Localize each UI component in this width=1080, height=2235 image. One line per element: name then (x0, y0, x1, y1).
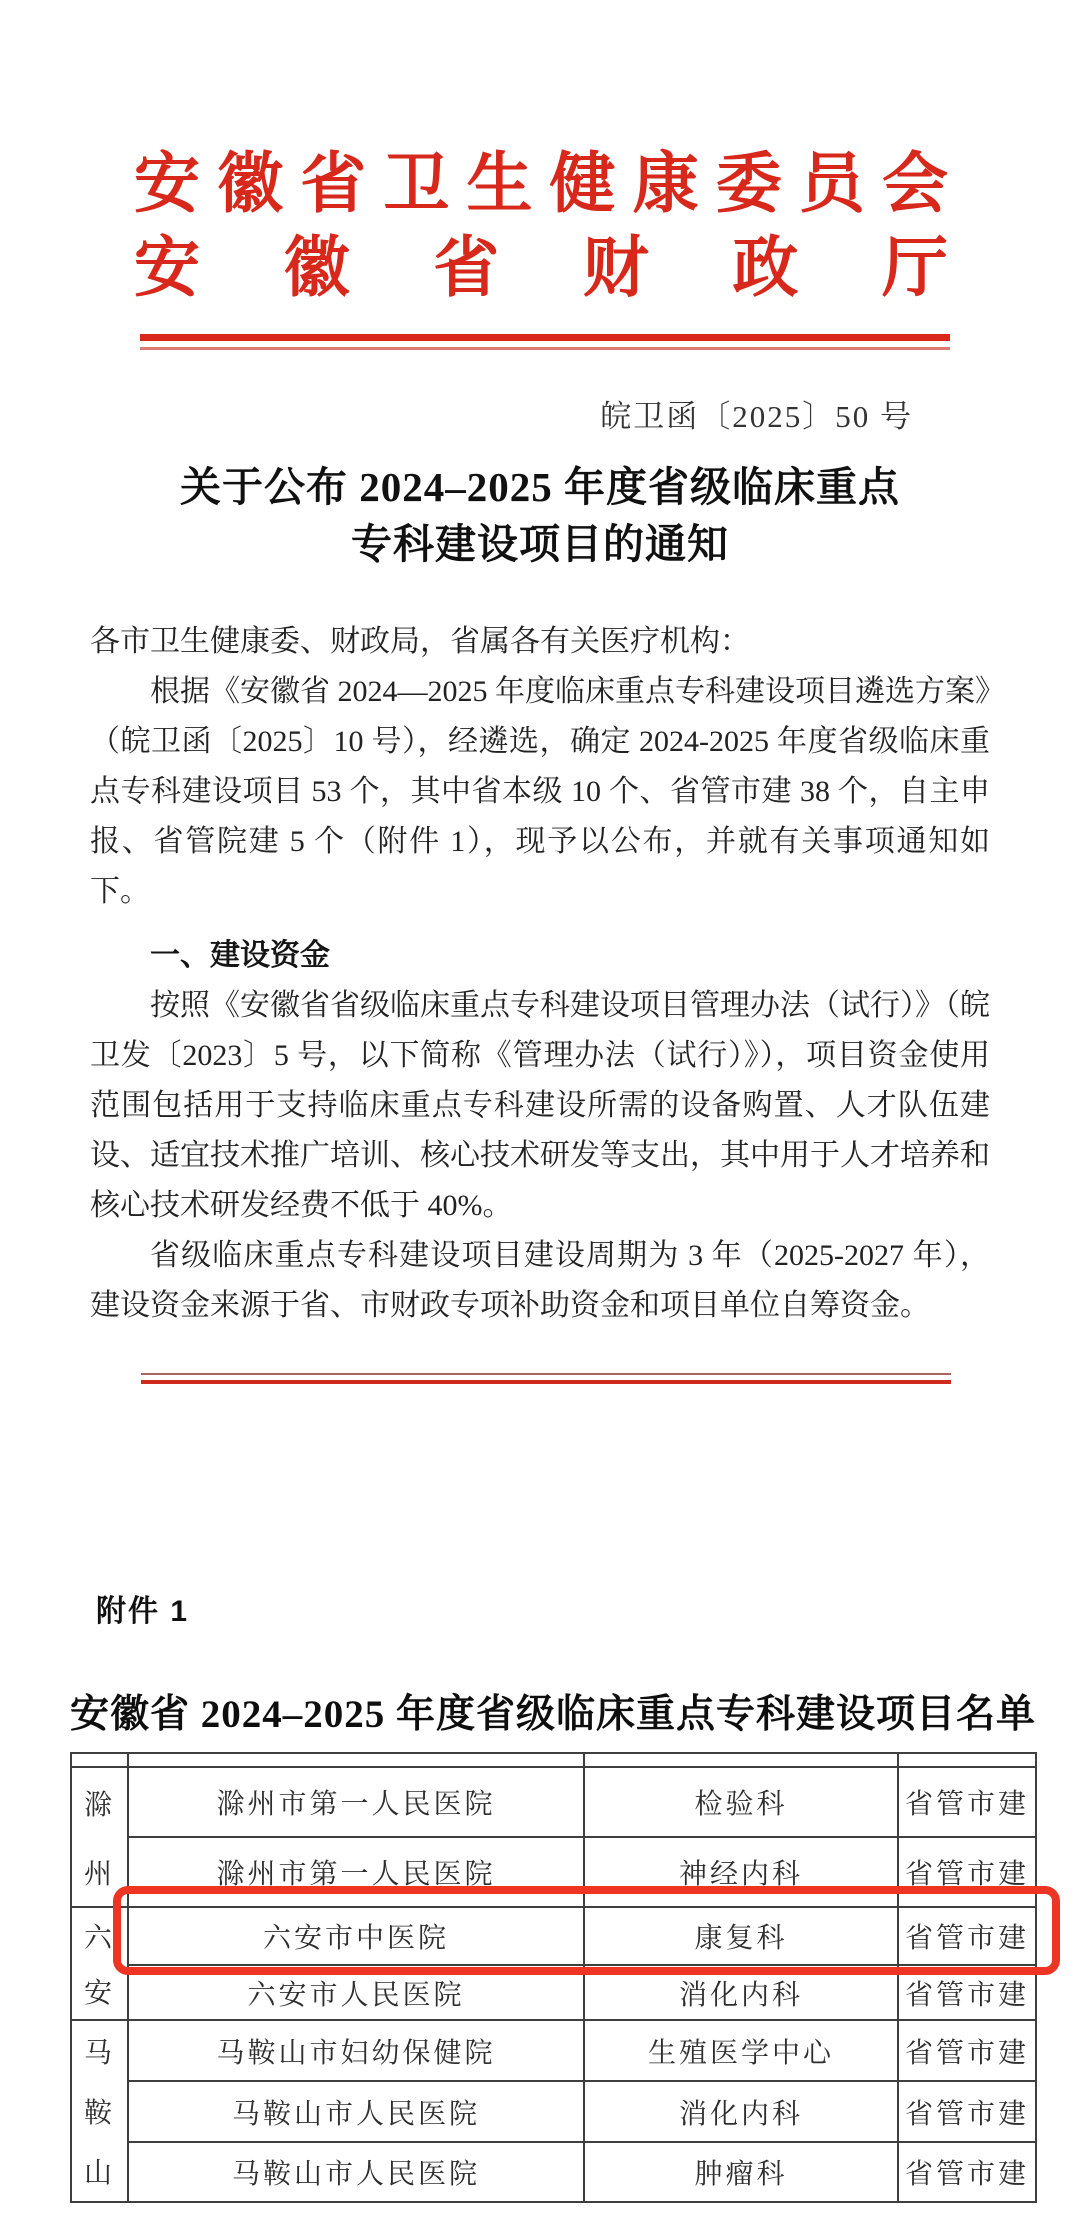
letterhead-rule-thin (140, 347, 950, 350)
city-vertical-text: 马 鞍 山 (72, 2021, 127, 2201)
agency-name-line1: 安徽省卫生健康委员会 (134, 146, 948, 224)
hospital-cell: 六安市中医院 (128, 1907, 584, 1965)
empty-cell (898, 1753, 1036, 1767)
document-body: 各市卫生健康委、财政局，省属各有关医疗机构： 根据《安徽省 2024—2025 … (90, 617, 990, 1331)
project-table: 滁 州 滁州市第一人民医院 检验科 省管市建 滁州市第一人民医院 神经内科 省管… (70, 1752, 1037, 2203)
department-cell: 康复科 (584, 1907, 898, 1965)
hospital-cell: 滁州市第一人民医院 (128, 1837, 584, 1907)
section-heading-1: 一、建设资金 (90, 931, 990, 981)
footer-rule-thin (141, 1373, 951, 1375)
agency-name-line2: 安徽省财政厅 (134, 230, 948, 308)
city-cell-luan: 六 安 (71, 1907, 128, 2020)
hospital-cell: 马鞍山市人民医院 (128, 2081, 584, 2142)
attachment-table-title: 安徽省 2024–2025 年度省级临床重点专科建设项目名单 (70, 1683, 1035, 1739)
department-cell: 消化内科 (584, 1965, 898, 2020)
table-row: 六安市人民医院 消化内科 省管市建 (71, 1965, 1036, 2020)
project-table-wrap: 滁 州 滁州市第一人民医院 检验科 省管市建 滁州市第一人民医院 神经内科 省管… (70, 1752, 1035, 2203)
letterhead-rule-thick (140, 334, 950, 341)
empty-cell (71, 1753, 128, 1767)
category-cell: 省管市建 (898, 1965, 1036, 2020)
table-row-cropped (71, 1753, 1036, 1767)
city-cell-maanshan: 马 鞍 山 (71, 2020, 128, 2202)
paragraph-1: 根据《安徽省 2024—2025 年度临床重点专科建设项目遴选方案》（皖卫函〔2… (90, 667, 990, 917)
department-cell: 神经内科 (584, 1837, 898, 1907)
attachment-label: 附件 1 (96, 1586, 189, 1630)
document-number: 皖卫函〔2025〕50 号 (600, 391, 913, 436)
table-row: 滁州市第一人民医院 神经内科 省管市建 (71, 1837, 1036, 1907)
table-row-highlighted: 六 安 六安市中医院 康复科 省管市建 (71, 1907, 1036, 1965)
official-document-page: 安徽省卫生健康委员会 安徽省财政厅 皖卫函〔2025〕50 号 关于公布 202… (0, 0, 1080, 2235)
department-cell: 生殖医学中心 (584, 2020, 898, 2081)
city-char: 州 (84, 1852, 115, 1892)
table-row: 滁 州 滁州市第一人民医院 检验科 省管市建 (71, 1767, 1036, 1837)
category-cell: 省管市建 (898, 2142, 1036, 2202)
city-vertical-text: 六 安 (72, 1908, 127, 2019)
paragraph-3: 省级临床重点专科建设项目建设周期为 3 年（2025-2027 年），建设资金来… (90, 1231, 990, 1331)
table-row: 马鞍山市人民医院 消化内科 省管市建 (71, 2081, 1036, 2142)
salutation: 各市卫生健康委、财政局，省属各有关医疗机构： (90, 617, 990, 667)
category-cell: 省管市建 (898, 2020, 1036, 2081)
category-cell: 省管市建 (898, 1767, 1036, 1837)
document-title: 关于公布 2024–2025 年度省级临床重点 专科建设项目的通知 (0, 459, 1080, 573)
city-char: 马 (84, 2031, 115, 2071)
paragraph-2: 按照《安徽省省级临床重点专科建设项目管理办法（试行）》（皖卫发〔2023〕5 号… (90, 981, 990, 1231)
hospital-cell: 马鞍山市人民医院 (128, 2142, 584, 2202)
category-cell: 省管市建 (898, 1837, 1036, 1907)
city-char: 鞍 (84, 2091, 115, 2131)
hospital-cell: 滁州市第一人民医院 (128, 1767, 584, 1837)
city-char: 山 (84, 2151, 115, 2191)
category-cell: 省管市建 (898, 1907, 1036, 1965)
document-title-line2: 专科建设项目的通知 (0, 516, 1080, 573)
city-cell-chuzhou: 滁 州 (71, 1767, 128, 1907)
document-title-line1: 关于公布 2024–2025 年度省级临床重点 (0, 459, 1080, 516)
table-row: 马 鞍 山 马鞍山市妇幼保健院 生殖医学中心 省管市建 (71, 2020, 1036, 2081)
department-cell: 肿瘤科 (584, 2142, 898, 2202)
department-cell: 消化内科 (584, 2081, 898, 2142)
empty-cell (584, 1753, 898, 1767)
empty-cell (128, 1753, 584, 1767)
table-row: 马鞍山市人民医院 肿瘤科 省管市建 (71, 2142, 1036, 2202)
category-cell: 省管市建 (898, 2081, 1036, 2142)
city-vertical-text: 滁 州 (72, 1768, 127, 1906)
hospital-cell: 六安市人民医院 (128, 1965, 584, 2020)
city-char: 六 (84, 1916, 115, 1956)
city-char: 滁 (84, 1783, 115, 1823)
footer-rule-thick (141, 1380, 951, 1384)
hospital-cell: 马鞍山市妇幼保健院 (128, 2020, 584, 2081)
department-cell: 检验科 (584, 1767, 898, 1837)
city-char: 安 (84, 1971, 115, 2011)
